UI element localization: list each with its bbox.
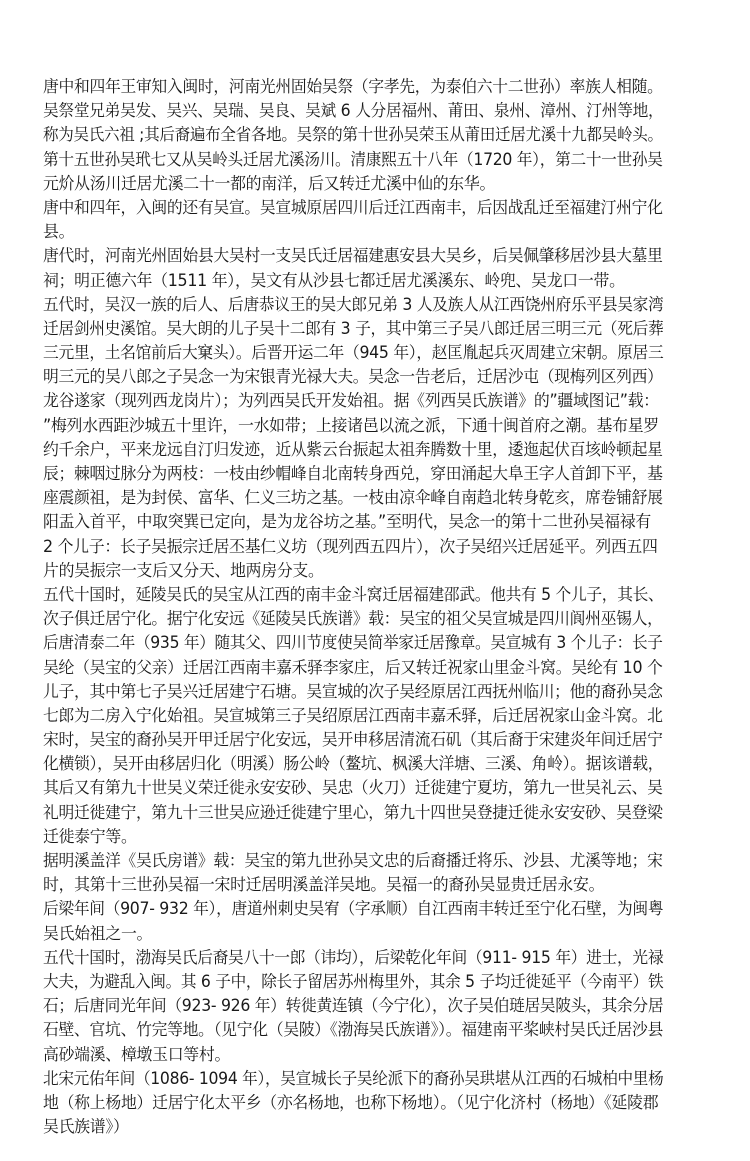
text-line: 第十五世孙吴玳七又从吴岭头迁居尤溪汤川。清康熙五十八年（1720 年），第二十一… xyxy=(43,148,654,172)
article-body: 唐中和四年王审知入闽时，河南光州固始吴祭（字孝先，为泰伯六十二世孙）率族人相随。… xyxy=(43,75,683,1139)
paragraph-wu-xuan: 唐中和四年，入闽的还有吴宣。吴宣城原居四川后迁江西南丰，后因战乱迁至福建汀州宁化… xyxy=(43,196,683,244)
text-line: 吴氏族谱》） xyxy=(43,1115,663,1139)
paragraph-tang-dynasty: 唐代时，河南光州固始县大吴村一支吴氏迁居福建惠安县大吴乡，后吴佩肇移居沙县大墓里… xyxy=(43,244,683,292)
text-line: 迁徙泰宁等。 xyxy=(43,825,663,849)
text-line: 辰；棘咽过脉分为两枝：一枝由纱帽峰自北南转身西兑，穿田涌起大阜王字人首卸下平，基 xyxy=(43,462,659,486)
text-line: 次子俱迁居宁化。据宁化安远《延陵吴氏族谱》载：吴宝的祖父吴宣城是四川阆州巫锡人， xyxy=(43,607,659,631)
text-line: 阳盂入首平，中取突巽已定向，是为龙谷坊之基。”至明代，吴念一的第十二世孙吴福禄有 xyxy=(43,510,663,534)
text-line: 儿子，其中第七子吴兴迁居建宁石塘。吴宣城的次子吴经原居江西抚州临川；他的裔孙吴念 xyxy=(43,680,659,704)
text-line: 座震颜祖，是为封侯、富华、仁义三坊之基。一枝由凉伞峰自南趋北转身乾亥，席卷铺舒展 xyxy=(43,486,659,510)
text-line: 其后又有第九十世吴义荣迁徙永安安砂、吴忠（火刀）迁徙建宁夏坊，第九一世吴礼云、吴 xyxy=(43,776,659,800)
paragraph-yanling-wu-bao: 五代十国时，延陵吴氏的吴宝从江西的南丰金斗窝迁居福建邵武。他共有 5 个儿子，其… xyxy=(43,583,683,849)
text-line: 明三元的吴八郎之子吴念一为宋银青光禄大夫。吴念一告老后，迁居沙屯（现梅列区列西） xyxy=(43,365,659,389)
text-line: 唐代时，河南光州固始县大吴村一支吴氏迁居福建惠安县大吴乡，后吴佩肇移居沙县大墓里 xyxy=(43,244,659,268)
text-line: 石；后唐同光年间（923- 926 年）转徙黄连镇（今宁化），次子吴伯琏居吴陂头… xyxy=(43,994,656,1018)
text-line: 吴祭堂兄弟吴发、吴兴、吴瑞、吴良、吴斌 6 人分居福州、莆田、泉州、漳州、汀州等… xyxy=(43,99,656,123)
text-line: 五代时，吴汉一族的后人、后唐恭议王的吴大郎兄弟 3 人及族人从江西饶州府乐平县吴… xyxy=(43,293,656,317)
text-line: 三元里，土名馆前后大窠头）。后晋开运二年（945 年），赵匡胤起兵灭周建立宋朝。… xyxy=(43,341,657,365)
text-line: 礼明迁徙建宁，第九十三世吴应逊迁徙建宁里心，第九十四世吴登捷迁徙永安安砂、吴登梁 xyxy=(43,801,659,825)
text-line: 宋时，吴宝的裔孙吴开甲迁居宁化安远，吴开申移居清流石矶（其后裔于宋建炎年间迁居宁 xyxy=(43,728,659,752)
text-line: 唐中和四年，入闽的还有吴宣。吴宣城原居四川后迁江西南丰，后因战乱迁至福建汀州宁化 xyxy=(43,196,659,220)
text-line: 元炌从汤川迁居尤溪二十一都的南洋，后又转迁尤溪中仙的东华。 xyxy=(43,172,663,196)
text-line: 北宋元佑年间（1086- 1094 年），吴宣城长子吴纶派下的裔孙吴珙堪从江西的… xyxy=(43,1067,653,1091)
text-line: 吴氏始祖之一。 xyxy=(43,922,663,946)
text-line: ”梅列水西距沙城五十里许，一水如带；上接诸邑以流之派，下通十闽首府之潮。基布星罗 xyxy=(43,414,663,438)
text-line: 五代十国时，渤海吴氏后裔吴八十一郎（讳均），后梁乾化年间（911- 915 年）… xyxy=(43,946,656,970)
text-line: 地（称上杨地）迁居宁化太平乡（亦名杨地，也称下杨地）。（见宁化济村（杨地）《延陵… xyxy=(43,1091,663,1115)
text-line: 唐中和四年王审知入闽时，河南光州固始吴祭（字孝先，为泰伯六十二世孙）率族人相随。 xyxy=(43,75,659,99)
text-line: 县。 xyxy=(43,220,663,244)
text-line: 吴纶（吴宝的父亲）迁居江西南丰嘉禾驿李家庄，后又转迁祝家山里金斗窝。吴纶有 10… xyxy=(43,656,661,680)
text-line: 时，其第十三世孙吴福一宋时迁居明溪盖洋吴地。吴福一的裔孙吴显贵迁居永安。 xyxy=(43,873,663,897)
text-line: 七郎为二房入宁化始祖。吴宣城第三子吴绍原居江西南丰嘉禾驿，后迁居祝家山金斗窝。北 xyxy=(43,704,659,728)
text-line: 龙谷遂家（现列西龙岗片）；为列西吴氏开发始祖。据《列西吴氏族谱》的”疆域图记”载… xyxy=(43,389,663,413)
text-line: 片的吴振宗一支后又分天、地两房分支。 xyxy=(43,559,663,583)
text-line: 高砂端溪、樟墩玉口等村。 xyxy=(43,1043,663,1067)
text-line: 后唐清泰二年（935 年）随其父、四川节度使吴简举家迁居豫章。吴宣城有 3 个儿… xyxy=(43,631,653,655)
text-line: 约千余户，平来龙远自汀归发迹，近从紫云台振起太祖奔腾数十里，逶迤起伏百垓岭顿起星 xyxy=(43,438,659,462)
paragraph-bohai-wu: 五代十国时，渤海吴氏后裔吴八十一郎（讳均），后梁乾化年间（911- 915 年）… xyxy=(43,946,683,1067)
text-line: 2 个儿子：长子吴振宗迁居丕基仁义坊（现列西五四片），次子吴绍兴迁居延平。列西五… xyxy=(43,535,663,559)
paragraph-wu-dalang: 五代时，吴汉一族的后人、后唐恭议王的吴大郎兄弟 3 人及族人从江西饶州府乐平县吴… xyxy=(43,293,683,583)
text-line: 大夫，为避乱入闽。其 6 子中，除长子留居苏州梅里外，其余 5 子均迁徙延平（今… xyxy=(43,970,653,994)
text-line: 后梁年间（907- 932 年），唐道州刺史吴宥（字承顺）自江西南丰转迁至宁化石… xyxy=(43,897,656,921)
text-line: 化横锁），吴开由移居归化（明溪）肠公岭（鳌坑、枫溪大洋塘、三溪、角岭）。据该谱载… xyxy=(43,752,660,776)
text-line: 石壁、官坑、竹完等地。（见宁化（吴陂）《渤海吴氏族谱》）。福建南平桨峡村吴氏迁居… xyxy=(43,1018,660,1042)
text-line: 称为吴氏六祖 ;其后裔遍布全省各地。吴祭的第十世孙吴荣玉从莆田迁居尤溪十九都吴岭… xyxy=(43,123,650,147)
paragraph-later-liang: 后梁年间（907- 932 年），唐道州刺史吴宥（字承顺）自江西南丰转迁至宁化石… xyxy=(43,897,683,945)
text-line: 五代十国时，延陵吴氏的吴宝从江西的南丰金斗窝迁居福建邵武。他共有 5 个儿子，其… xyxy=(43,583,656,607)
text-line: 迁居剑州史溪馆。吴大朗的儿子吴十二郎有 3 子，其中第三子吴八郎迁居三明三元（死… xyxy=(43,317,656,341)
paragraph-wu-ji: 唐中和四年王审知入闽时，河南光州固始吴祭（字孝先，为泰伯六十二世孙）率族人相随。… xyxy=(43,75,683,196)
text-line: 据明溪盖洋《吴氏房谱》载：吴宝的第九世孙吴文忠的后裔播迁将乐、沙县、尤溪等地；宋 xyxy=(43,849,659,873)
paragraph-northern-song: 北宋元佑年间（1086- 1094 年），吴宣城长子吴纶派下的裔孙吴珙堪从江西的… xyxy=(43,1067,683,1140)
text-line: 祠；明正德六年（1511 年），吴文有从沙县七都迁居尤溪溪东、岭兜、吴龙口一带。 xyxy=(43,269,663,293)
paragraph-mingxi-gaiyang: 据明溪盖洋《吴氏房谱》载：吴宝的第九世孙吴文忠的后裔播迁将乐、沙县、尤溪等地；宋… xyxy=(43,849,683,897)
